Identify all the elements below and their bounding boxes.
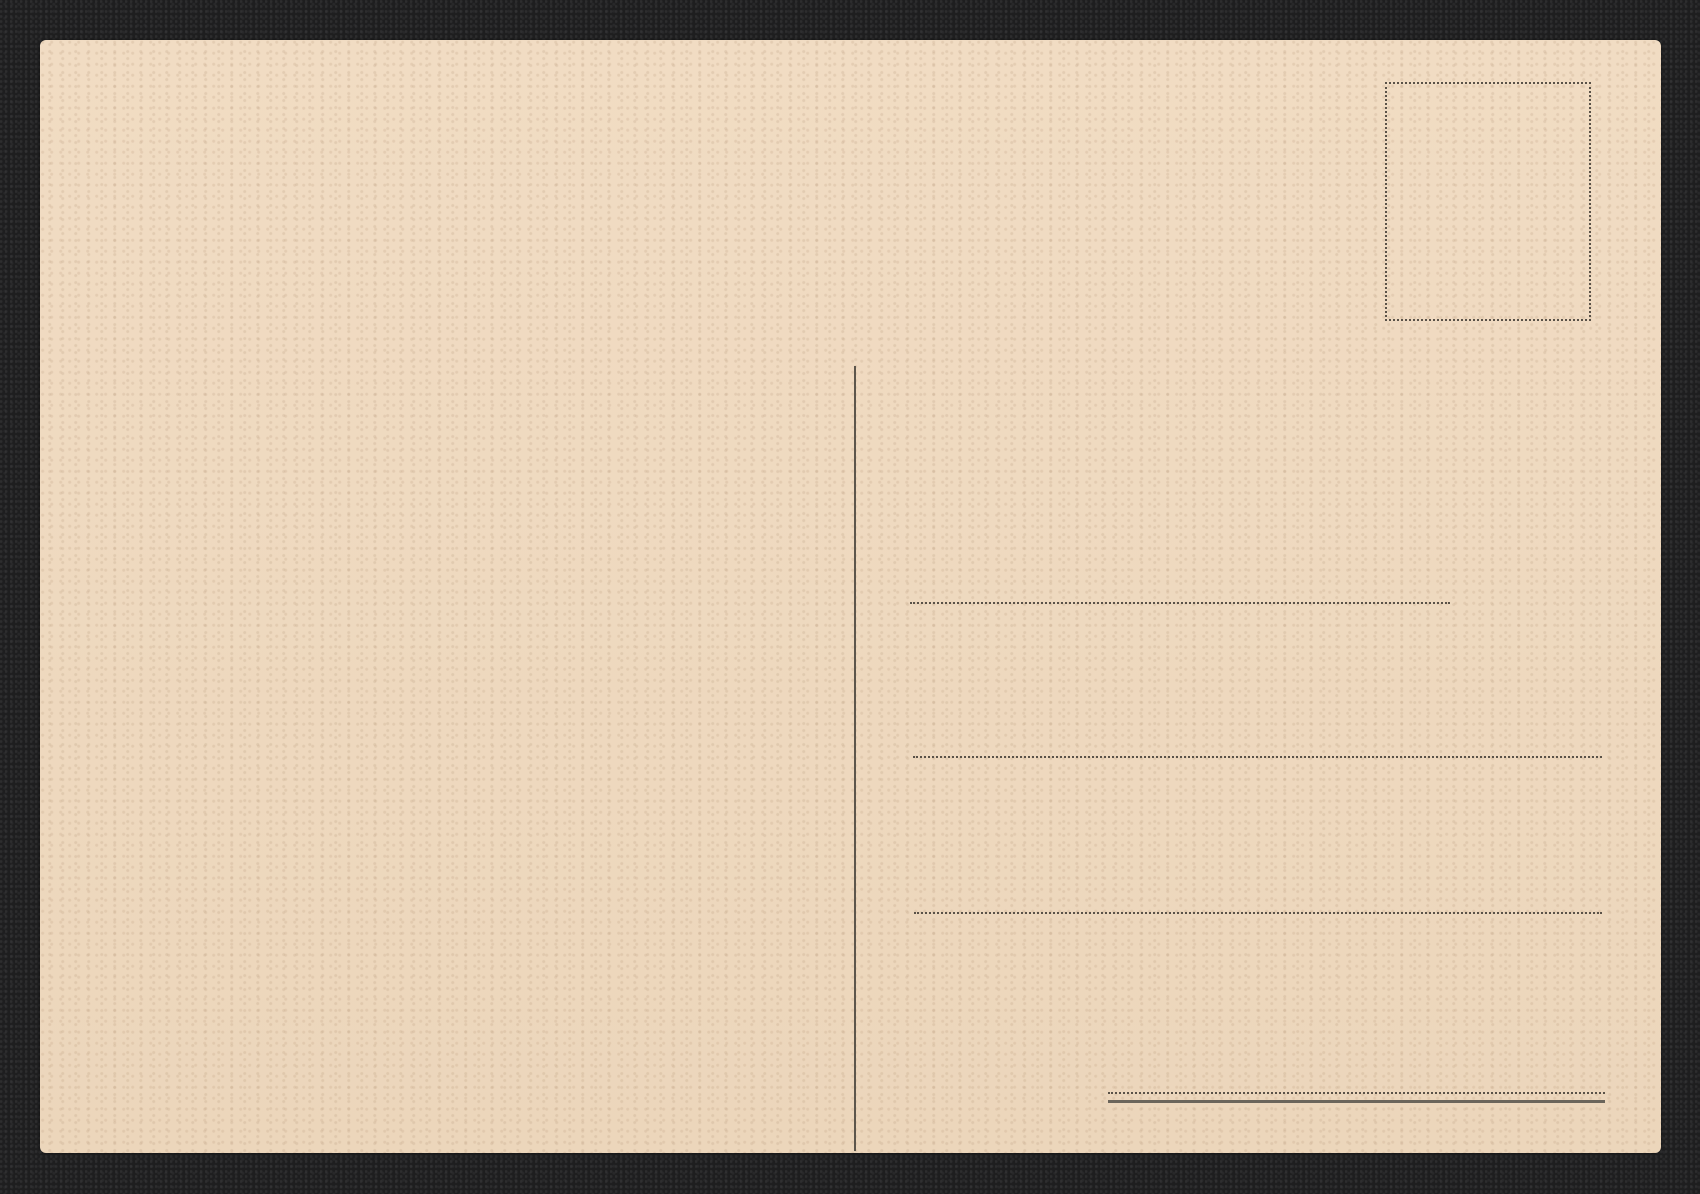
address-underline-solid: [1108, 1100, 1605, 1103]
document-type-label: Vintage postcard back (blank): [40, 40, 41, 41]
stamp-box: [1385, 82, 1591, 321]
postcard-back: Vintage postcard back (blank): [40, 40, 1661, 1153]
address-line-3: [914, 912, 1602, 914]
address-line-4: [1108, 1092, 1605, 1094]
address-line-2: [913, 756, 1602, 758]
message-address-divider: [854, 366, 856, 1151]
message-area: [60, 60, 840, 1130]
address-line-1: [910, 602, 1450, 604]
